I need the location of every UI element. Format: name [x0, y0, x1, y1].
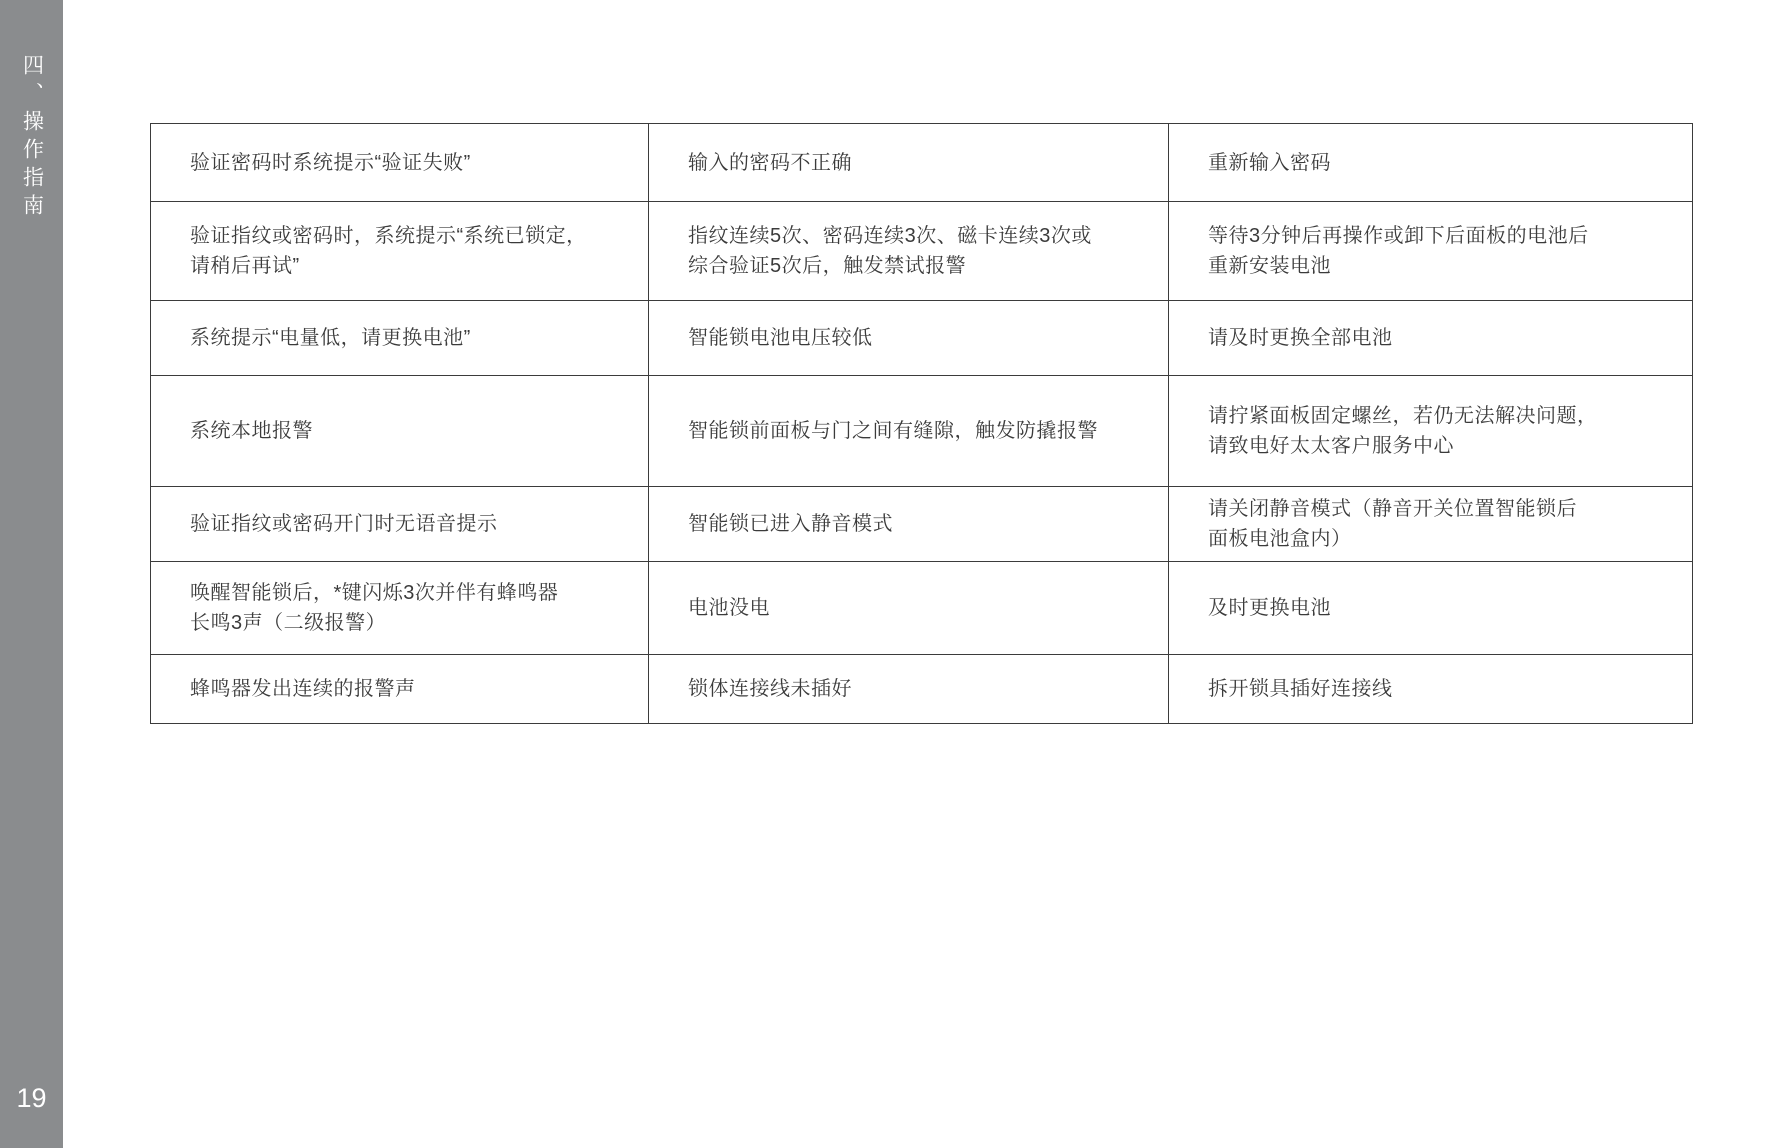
table-cell-solution: 请拧紧面板固定螺丝，若仍无法解决问题， 请致电好太太客户服务中心 — [1169, 376, 1693, 487]
table-cell-symptom: 验证指纹或密码时，系统提示“系统已锁定， 请稍后再试” — [151, 202, 649, 301]
table-cell-cause: 智能锁电池电压较低 — [649, 301, 1169, 376]
table-cell-symptom: 验证指纹或密码开门时无语音提示 — [151, 487, 649, 562]
table-row: 系统提示“电量低，请更换电池” 智能锁电池电压较低 请及时更换全部电池 — [151, 301, 1693, 376]
table-row: 验证密码时系统提示“验证失败” 输入的密码不正确 重新输入密码 — [151, 124, 1693, 202]
table-cell-cause: 锁体连接线未插好 — [649, 655, 1169, 724]
manual-page: 四、操作指南 19 验证密码时系统提示“验证失败” 输入的密码不正确 重新输入密… — [0, 0, 1785, 1148]
table-row: 唤醒智能锁后，*键闪烁3次并伴有蜂鸣器 长鸣3声（二级报警） 电池没电 及时更换… — [151, 562, 1693, 655]
chapter-title-vertical: 四、操作指南 — [17, 54, 47, 222]
chapter-sidebar: 四、操作指南 19 — [0, 0, 63, 1148]
table-cell-cause: 指纹连续5次、密码连续3次、磁卡连续3次或 综合验证5次后，触发禁试报警 — [649, 202, 1169, 301]
table-cell-symptom: 系统提示“电量低，请更换电池” — [151, 301, 649, 376]
page-number: 19 — [16, 1083, 46, 1114]
table-row: 系统本地报警 智能锁前面板与门之间有缝隙，触发防撬报警 请拧紧面板固定螺丝，若仍… — [151, 376, 1693, 487]
table-cell-solution: 请及时更换全部电池 — [1169, 301, 1693, 376]
table-cell-solution: 拆开锁具插好连接线 — [1169, 655, 1693, 724]
table-row: 验证指纹或密码开门时无语音提示 智能锁已进入静音模式 请关闭静音模式（静音开关位… — [151, 487, 1693, 562]
table-cell-symptom: 蜂鸣器发出连续的报警声 — [151, 655, 649, 724]
table-cell-symptom: 验证密码时系统提示“验证失败” — [151, 124, 649, 202]
table-cell-solution: 及时更换电池 — [1169, 562, 1693, 655]
table-cell-cause: 电池没电 — [649, 562, 1169, 655]
table-cell-solution: 重新输入密码 — [1169, 124, 1693, 202]
table-cell-symptom: 唤醒智能锁后，*键闪烁3次并伴有蜂鸣器 长鸣3声（二级报警） — [151, 562, 649, 655]
table-cell-cause: 智能锁前面板与门之间有缝隙，触发防撬报警 — [649, 376, 1169, 487]
table-cell-cause: 智能锁已进入静音模式 — [649, 487, 1169, 562]
table-row: 验证指纹或密码时，系统提示“系统已锁定， 请稍后再试” 指纹连续5次、密码连续3… — [151, 202, 1693, 301]
troubleshooting-table: 验证密码时系统提示“验证失败” 输入的密码不正确 重新输入密码 验证指纹或密码时… — [150, 123, 1693, 724]
table-cell-symptom: 系统本地报警 — [151, 376, 649, 487]
table-cell-solution: 请关闭静音模式（静音开关位置智能锁后 面板电池盒内） — [1169, 487, 1693, 562]
table-cell-solution: 等待3分钟后再操作或卸下后面板的电池后 重新安装电池 — [1169, 202, 1693, 301]
table-cell-cause: 输入的密码不正确 — [649, 124, 1169, 202]
table-row: 蜂鸣器发出连续的报警声 锁体连接线未插好 拆开锁具插好连接线 — [151, 655, 1693, 724]
